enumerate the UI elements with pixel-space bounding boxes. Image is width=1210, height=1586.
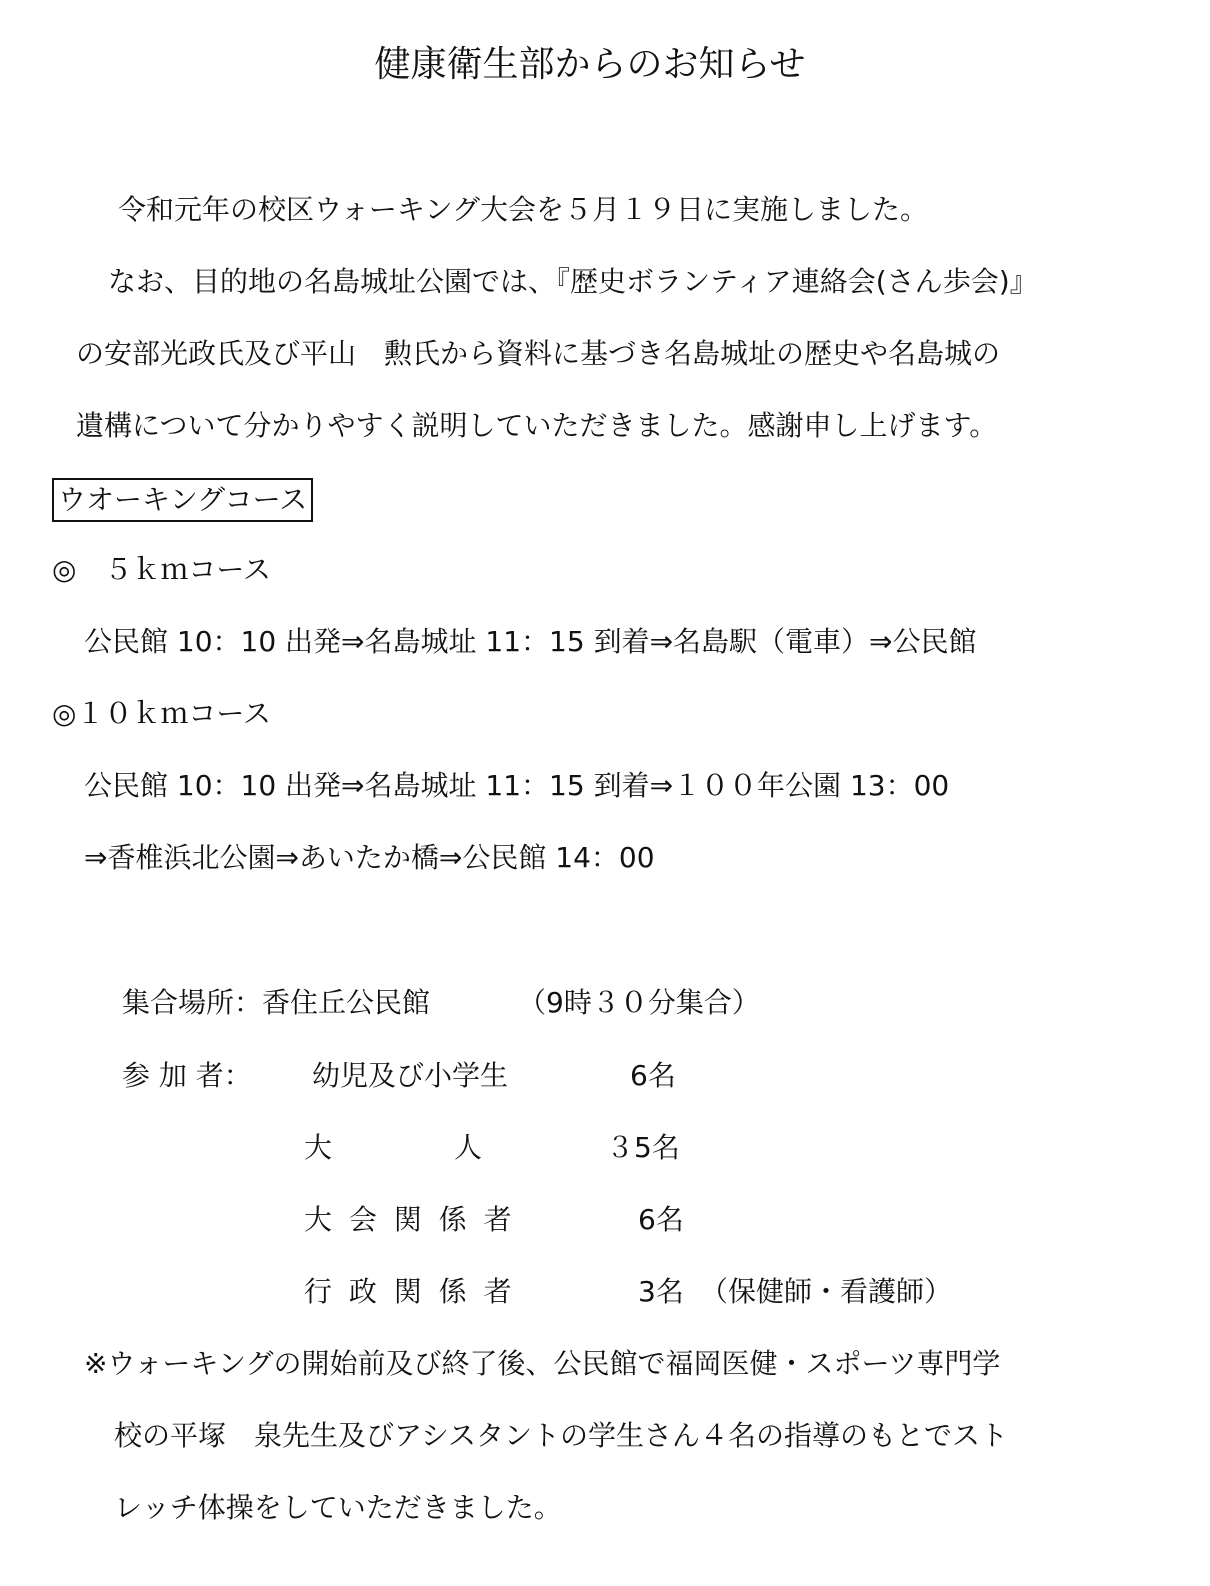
participant-category: 大 人 <box>304 1130 484 1166</box>
course-10km-route-1: 公民館 10：10 出発⇒名島城址 11：15 到着⇒１００年公園 13：00 <box>84 768 949 804</box>
intro-line-3: の安部光政氏及び平山 勲氏から資料に基づき名島城址の歴史や名島城の <box>76 336 1000 372</box>
participants-label: 参 加 者： <box>122 1058 252 1094</box>
participant-category: 行 政 関 係 者 <box>304 1274 516 1310</box>
participant-note: （保健師・看護師） <box>700 1274 952 1310</box>
meeting-time: （9時３０分集合） <box>518 985 760 1021</box>
course-10km-route-2: ⇒香椎浜北公園⇒あいたか橋⇒公民館 14：00 <box>84 840 655 876</box>
participant-category: 幼児及び小学生 <box>312 1058 508 1094</box>
note-line-3: レッチ体操をしていただきました。 <box>114 1490 562 1526</box>
note-line-2: 校の平塚 泉先生及びアシスタントの学生さん４名の指導のもとでスト <box>114 1418 1008 1454</box>
intro-line-4: 遺構について分かりやすく説明していただきました。感謝申し上げます。 <box>76 408 997 444</box>
participant-count: 6名 <box>630 1058 676 1094</box>
course-10km-name: ◎１０ｋｍコース <box>52 696 271 732</box>
participant-category: 大 会 関 係 者 <box>304 1202 516 1238</box>
document-title: 健康衛生部からのお知らせ <box>0 40 1180 90</box>
participant-count: ３5名 <box>606 1130 680 1166</box>
course-5km-name: ◎ ５ｋｍコース <box>52 552 271 588</box>
intro-line-1: 令和元年の校区ウォーキング大会を５月１９日に実施しました。 <box>118 192 928 228</box>
note-line-1: ※ウォーキングの開始前及び終了後、公民館で福岡医健・スポーツ専門学 <box>84 1346 1000 1382</box>
participant-count: 6名 <box>638 1202 684 1238</box>
meeting-place-label: 集合場所：香住丘公民館 <box>122 985 430 1021</box>
course-5km-route: 公民館 10：10 出発⇒名島城址 11：15 到着⇒名島駅（電車）⇒公民館 <box>84 624 977 660</box>
intro-line-2: なお、目的地の名島城址公園では、『歴史ボランティア連絡会(さん歩会)』 <box>108 264 1038 300</box>
course-section-heading: ウオーキングコース <box>52 478 313 522</box>
participant-count: 3名 <box>638 1274 684 1310</box>
